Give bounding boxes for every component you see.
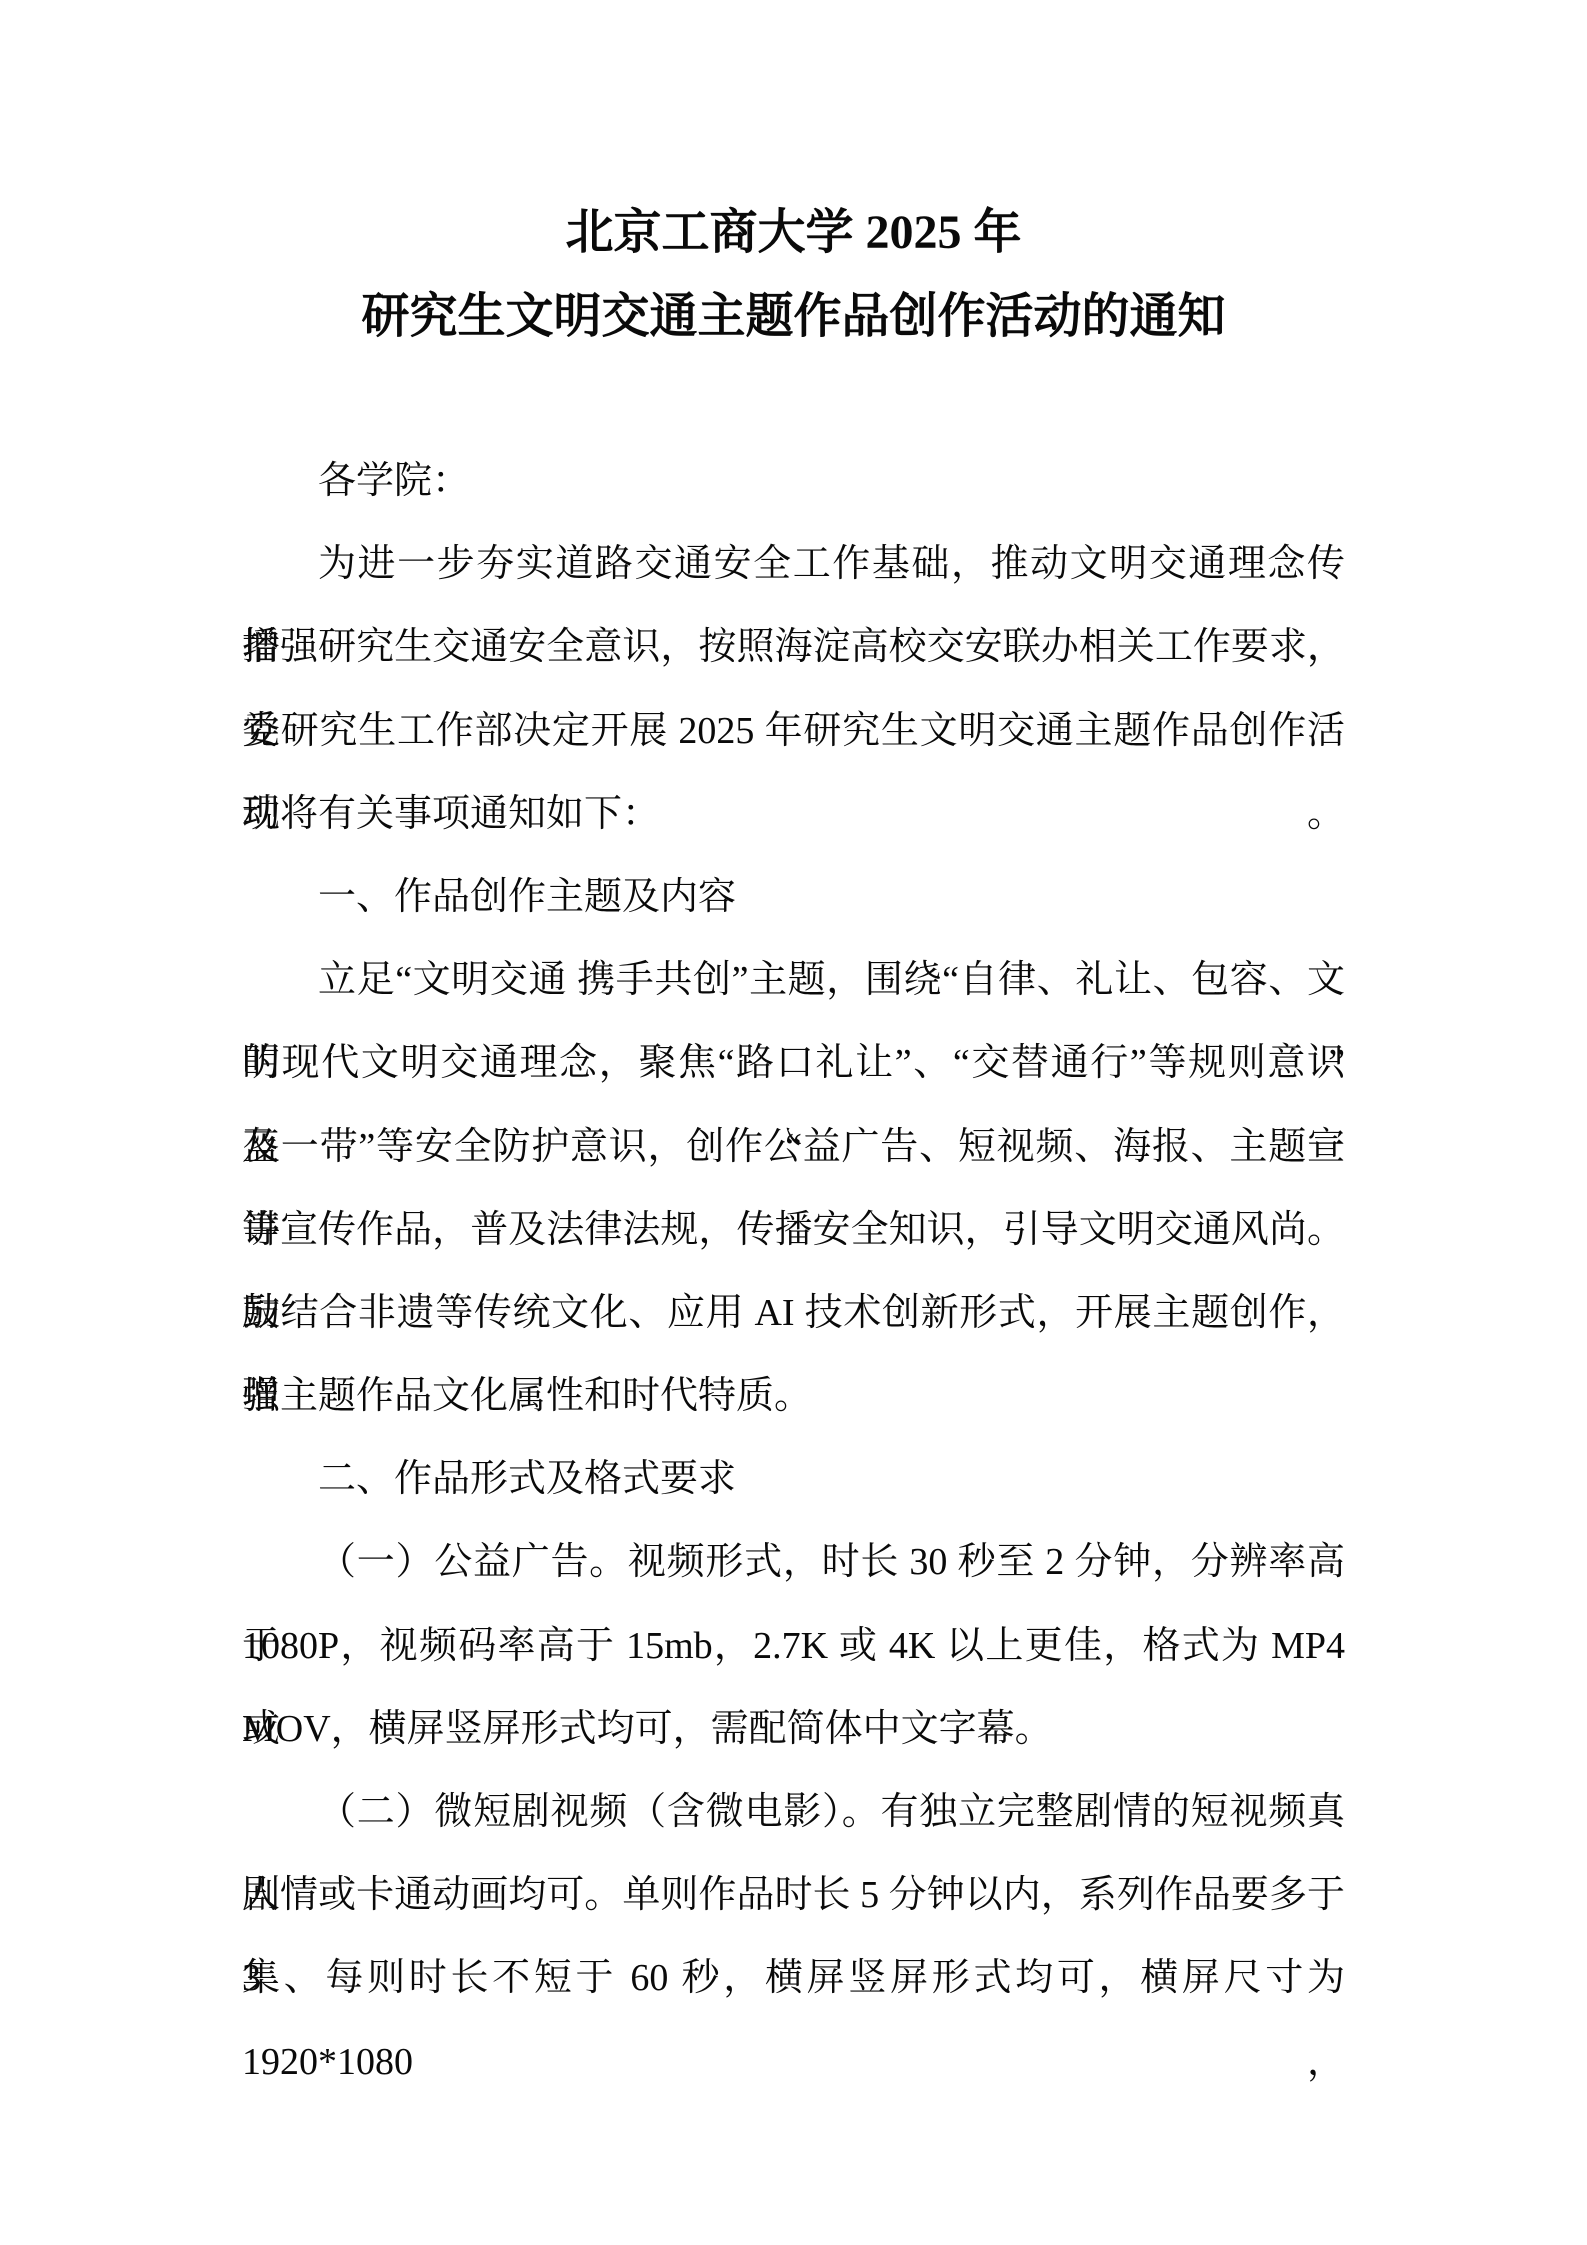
body-line: 等宣传作品，普及法律法规，传播安全知识，引导文明交通风尚。鼓	[242, 1189, 1345, 1272]
document-body: 各学院： 为进一步夯实道路交通安全工作基础，推动文明交通理念传播， 增强研究生交…	[242, 440, 1345, 2021]
title-line-1: 北京工商大学 2025 年	[242, 191, 1345, 275]
body-line: 立足“文明交通 携手共创”主题，围绕“自律、礼让、包容、文明”	[242, 939, 1345, 1022]
body-line: 委研究生工作部决定开展 2025 年研究生文明交通主题作品创作活动。	[242, 690, 1345, 773]
body-line: 1080P，视频码率高于 15mb，2.7K 或 4K 以上更佳，格式为 MP4…	[242, 1605, 1345, 1688]
body-line: 剧情或卡通动画均可。单则作品时长 5 分钟以内，系列作品要多于 3	[242, 1854, 1345, 1937]
body-line: 集、每则时长不短于 60 秒，横屏竖屏形式均可，横屏尺寸为 1920*1080，	[242, 1937, 1345, 2020]
body-line-salutation: 各学院：	[242, 440, 1345, 523]
body-line: MOV，横屏竖屏形式均可，需配简体中文字幕。	[242, 1688, 1345, 1771]
body-line: 为进一步夯实道路交通安全工作基础，推动文明交通理念传播，	[242, 523, 1345, 606]
body-line: 增强研究生交通安全意识，按照海淀高校交安联办相关工作要求，党	[242, 606, 1345, 689]
body-line-section-2: 二、作品形式及格式要求	[242, 1438, 1345, 1521]
document-page: 北京工商大学 2025 年 研究生文明交通主题作品创作活动的通知 各学院： 为进…	[0, 0, 1587, 2245]
body-line: 盔一带”等安全防护意识，创作公益广告、短视频、海报、主题宣讲	[242, 1106, 1345, 1189]
body-line-section-1: 一、作品创作主题及内容	[242, 856, 1345, 939]
body-line: 强主题作品文化属性和时代特质。	[242, 1355, 1345, 1438]
body-line-item-1: （一）公益广告。视频形式，时长 30 秒至 2 分钟，分辨率高于	[242, 1521, 1345, 1604]
title-line-2: 研究生文明交通主题作品创作活动的通知	[242, 275, 1345, 359]
body-line-item-2: （二）微短剧视频（含微电影）。有独立完整剧情的短视频真人	[242, 1771, 1345, 1854]
body-line: 励结合非遗等传统文化、应用 AI 技术创新形式，开展主题创作，增	[242, 1272, 1345, 1355]
document-title: 北京工商大学 2025 年 研究生文明交通主题作品创作活动的通知	[242, 191, 1345, 359]
body-line: 的现代文明交通理念，聚焦“路口礼让”、“交替通行”等规则意识及“一	[242, 1022, 1345, 1105]
